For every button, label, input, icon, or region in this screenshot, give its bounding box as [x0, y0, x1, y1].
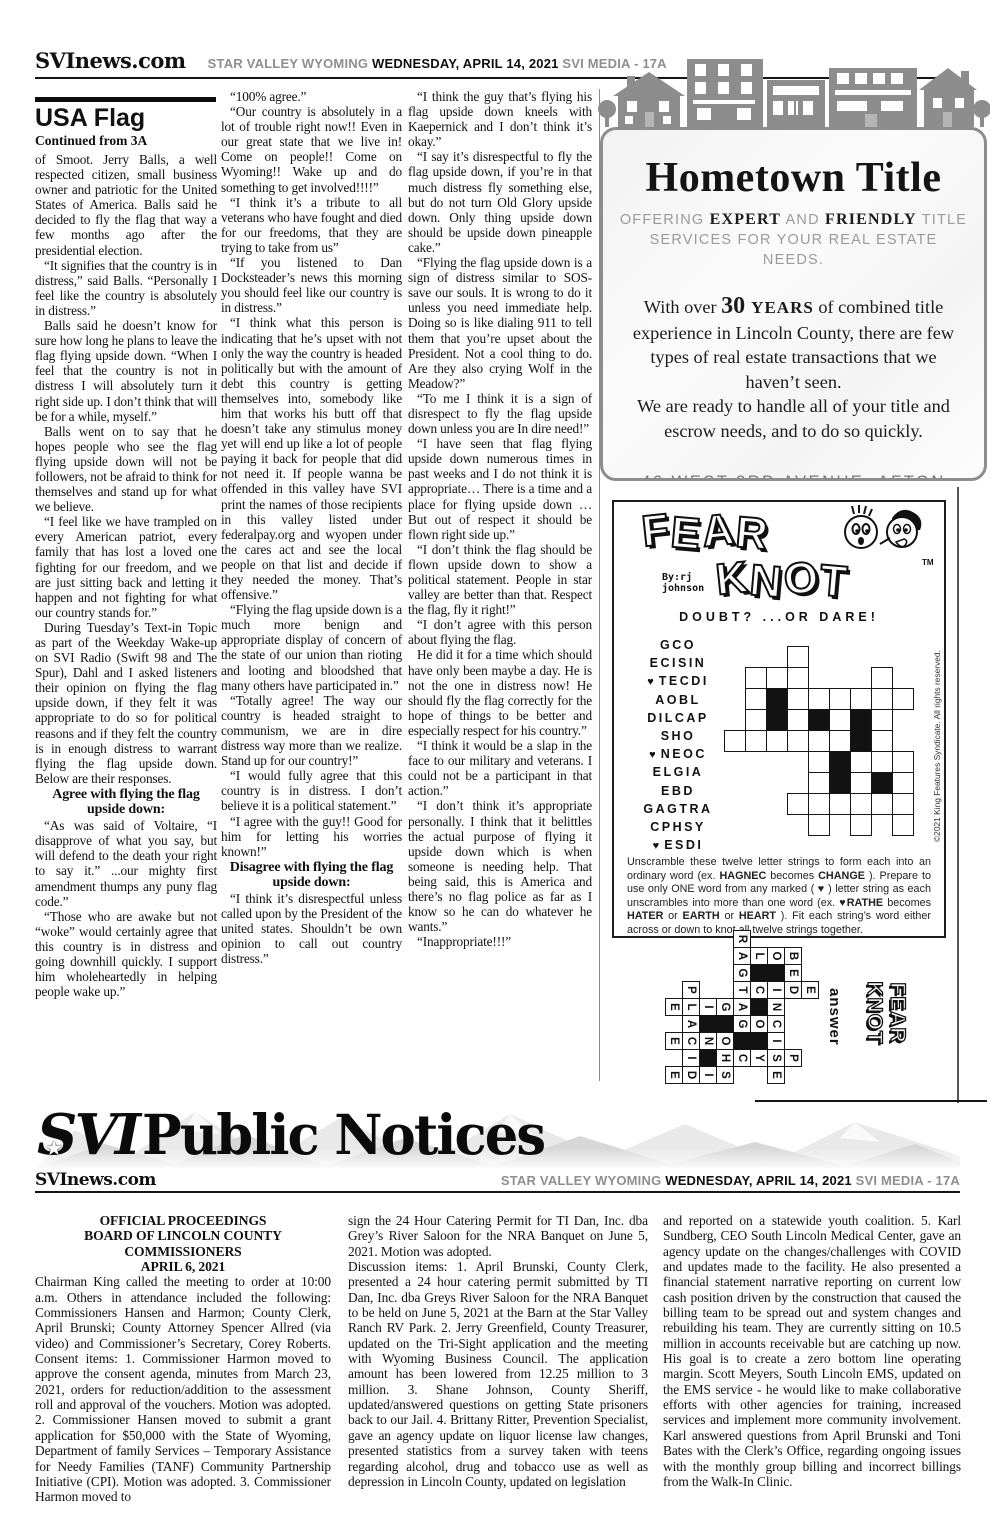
grid-cell [871, 730, 893, 752]
grid-cell: E [784, 964, 802, 982]
grid-cell [871, 751, 893, 773]
paragraph: Chairman King called the meeting to orde… [35, 1274, 331, 1504]
letter-string: ♥ ESDI [628, 838, 728, 856]
grid-cell [829, 688, 851, 710]
paragraph: and reported on a statewide youth coalit… [663, 1213, 961, 1489]
mini-fear-knot-logo: FEAR KNOT [852, 932, 910, 1094]
paragraph: of Smoot. Jerry Balls, a well respected … [35, 152, 217, 258]
section-subhead: APRIL 6, 2021 [35, 1259, 331, 1274]
paragraph: “As was said of Voltaire, “I disapprove … [35, 818, 217, 909]
grid-cell [745, 730, 767, 752]
letter-string: GCO [628, 638, 728, 656]
grid-cell: H [716, 1049, 734, 1067]
logo-letter: N [747, 556, 785, 609]
public-notices-masthead: SVI★ Public Notices [35, 1104, 960, 1168]
grid-cell [787, 709, 809, 731]
grid-cell: I [767, 1032, 785, 1050]
paragraph: Balls went on to say that he hopes peopl… [35, 424, 217, 515]
logo-letter: O [781, 552, 822, 606]
grid-cell [787, 646, 809, 668]
letter-string: AOBL [628, 693, 728, 711]
paragraph: “I think it would be a slap in the face … [408, 738, 592, 798]
article-column-3: “I think the guy that’s flying his flag … [408, 89, 592, 949]
grid-cell: C [682, 1032, 700, 1050]
notices-subheader: SVInews.com STAR VALLEY WYOMING WEDNESDA… [35, 1170, 960, 1190]
grid-cell [745, 688, 767, 710]
article-continued: Continued from 3A [35, 133, 147, 149]
letter-string: GAGTRA [628, 802, 728, 820]
cartoon-faces-icon [840, 504, 924, 569]
masthead-title: Public Notices [142, 1104, 544, 1167]
grid-cell: L [750, 947, 768, 965]
paragraph: “I think it’s disrespectful unless calle… [221, 891, 402, 966]
notices-rule [35, 1191, 960, 1193]
grid-cell-black [750, 998, 768, 1016]
grid-cell-black [850, 709, 872, 731]
mini-logo-fear: FEAR [886, 933, 909, 1093]
grid-cell: Y [750, 1049, 768, 1067]
puzzle-tagline: DOUBT? ...OR DARE! [614, 610, 944, 624]
paragraph: “I have seen that flag flying upside dow… [408, 436, 592, 542]
grid-cell: P [682, 981, 700, 999]
grid-cell [850, 814, 872, 836]
puzzle-copyright: ©2021 King Features Syndicate. All right… [932, 650, 942, 842]
puzzle-grid [724, 646, 914, 836]
grid-cell-black [750, 964, 768, 982]
grid-cell [787, 667, 809, 689]
puzzle-answer-grid: EBEDPOINCISELCOYRAGTAGCGOHSINIPLACIDEEE [663, 930, 819, 1086]
paragraph: Discussion items: 1. April Brunski, Coun… [348, 1259, 648, 1489]
ad-contact: 46 WEST 3RD AVENUE, AFTONWWW.HOMETOWNTIT… [603, 471, 984, 481]
grid-cell [892, 688, 914, 710]
grid-cell: I [699, 998, 717, 1016]
grid-cell [871, 667, 893, 689]
logo-letter: E [669, 508, 705, 561]
section-subhead: Disagree with flying the flag upside dow… [221, 860, 402, 890]
grid-cell: E [665, 1066, 683, 1084]
grid-cell-black [766, 688, 788, 710]
heart-icon: ♥ [653, 840, 665, 852]
newspaper-page: { "header": { "site": "SVInews.com", "da… [0, 0, 994, 1536]
grid-cell: P [784, 1049, 802, 1067]
puzzle-instructions: Unscramble these twelve letter strings t… [627, 856, 931, 938]
paragraph: “Inappropriate!!!” [408, 934, 592, 949]
puzzle-logo-fear: FEAR [642, 506, 770, 557]
letter-string: ♥ NEOC [628, 747, 728, 765]
paragraph: “100% agree.” [221, 89, 402, 104]
letter-string: CPHSY [628, 820, 728, 838]
paragraph: “It signifies that the country is in dis… [35, 258, 217, 318]
grid-cell-black [716, 1015, 734, 1033]
paragraph: “I feel like we have trampled on every A… [35, 514, 217, 620]
paragraph: “I would fully agree that this country i… [221, 768, 402, 813]
grid-cell: O [716, 1032, 734, 1050]
grid-cell: O [750, 1015, 768, 1033]
answer-bottom-rule [755, 1100, 987, 1102]
grid-cell: I [767, 981, 785, 999]
paragraph: “I don’t agree with this person about fl… [408, 617, 592, 647]
grid-cell: O [767, 947, 785, 965]
grid-cell [850, 751, 872, 773]
headline-bar [35, 97, 216, 102]
paragraph: During Tuesday’s Text-in Topic as part o… [35, 620, 217, 786]
grid-cell [808, 688, 830, 710]
star-icon: ★ [45, 1136, 60, 1160]
paragraph: “Flying the flag upside down is a much m… [221, 602, 402, 693]
hometown-title-ad: Hometown Title OFFERING EXPERT AND FRIEN… [600, 127, 987, 481]
right-column-rule [957, 487, 959, 1103]
grid-cell [892, 814, 914, 836]
paragraph: “I agree with the guy!! Good for him for… [221, 814, 402, 859]
article-title: USA Flag [35, 104, 145, 133]
grid-cell [766, 730, 788, 752]
grid-cell: S [716, 1066, 734, 1084]
letter-strings-list: GCOECISIN♥ TECDIAOBLDILCAPSHO♥ NEOCELGIA… [628, 638, 728, 856]
grid-cell: E [801, 981, 819, 999]
paragraph: “I think the guy that’s flying his flag … [408, 89, 592, 149]
notices-column-1: OFFICIAL PROCEEDINGSBOARD OF LINCOLN COU… [35, 1213, 331, 1505]
grid-cell-black [871, 772, 893, 794]
logo-letter: F [639, 505, 673, 558]
grid-cell: N [767, 998, 785, 1016]
grid-cell [892, 772, 914, 794]
grid-cell [892, 751, 914, 773]
grid-cell [892, 793, 914, 815]
puzzle-logo-knot: KNOT [716, 554, 849, 605]
grid-cell: N [699, 1032, 717, 1050]
paragraph: sign the 24 Hour Catering Permit for TI … [348, 1213, 648, 1259]
grid-cell-black [829, 772, 851, 794]
paragraph: “To me I think it is a sign of disrespec… [408, 391, 592, 436]
grid-cell: C [750, 981, 768, 999]
paragraph: He did it for a time which should have o… [408, 647, 592, 738]
grid-cell [787, 730, 809, 752]
grid-cell: D [682, 1066, 700, 1084]
grid-cell: A [733, 998, 751, 1016]
paragraph: “I say it’s disrespectful to fly the fla… [408, 149, 592, 255]
grid-cell: S [767, 1049, 785, 1067]
puzzle-byline: By:rj johnson [662, 572, 714, 594]
grid-cell: A [733, 947, 751, 965]
grid-cell-black [850, 730, 872, 752]
paragraph: “I don’t think it’s appropriate personal… [408, 798, 592, 934]
grid-cell [829, 793, 851, 815]
grid-cell: B [784, 947, 802, 965]
paragraph: “If you listened to Dan Docksteader’s ne… [221, 255, 402, 315]
grid-cell [766, 667, 788, 689]
logo-letter: A [700, 504, 739, 557]
notices-column-3: and reported on a statewide youth coalit… [663, 1213, 961, 1489]
grid-cell: E [767, 1066, 785, 1084]
grid-cell [808, 793, 830, 815]
grid-cell-black [699, 1049, 717, 1067]
grid-cell [871, 688, 893, 710]
grid-cell [787, 688, 809, 710]
puzzle-answer-grid-wrap: EBEDPOINCISELCOYRAGTAGCGOHSINIPLACIDEEE [663, 930, 819, 1086]
grid-cell-black [767, 964, 785, 982]
site-logo-bottom: SVInews.com [35, 1170, 156, 1190]
article-column-2: “100% agree.”“Our country is absolutely … [221, 89, 402, 966]
grid-cell [724, 730, 746, 752]
grid-cell [850, 793, 872, 815]
grid-cell [829, 730, 851, 752]
paragraph: “I think what this person is indicating … [221, 315, 402, 602]
masthead-svi-logo: SVI★ [37, 1104, 138, 1168]
grid-cell: A [682, 1015, 700, 1033]
grid-cell-black [766, 709, 788, 731]
grid-cell: D [784, 981, 802, 999]
grid-cell: L [682, 998, 700, 1016]
ad-buildings-graphic [597, 56, 990, 128]
section-subhead: Agree with flying the flag upside down: [35, 787, 217, 817]
grid-cell: I [699, 1066, 717, 1084]
heart-icon: ♥ [647, 676, 659, 688]
paragraph: “Those who are awake but not “woke” woul… [35, 909, 217, 1000]
grid-cell-black [733, 1032, 751, 1050]
contact-line: 46 WEST 3RD AVENUE, AFTON [603, 471, 984, 481]
paragraph: “Totally agree! The way our country is h… [221, 693, 402, 768]
paragraph: “Flying the flag upside down is a sign o… [408, 255, 592, 391]
fear-knot-puzzle: FEAR KNOT By:rj johnson TM DOUBT? ...OR … [612, 500, 946, 938]
grid-cell [745, 667, 767, 689]
grid-cell [745, 709, 767, 731]
paragraph: “I don’t think the flag should be flown … [408, 542, 592, 617]
letter-string: ECISIN [628, 656, 728, 674]
answer-label: answer [826, 988, 843, 1046]
grid-cell [787, 793, 809, 815]
grid-cell [808, 730, 830, 752]
grid-cell-black [750, 1032, 768, 1050]
ad-subtitle: OFFERING EXPERT AND FRIENDLY TITLE SERVI… [618, 210, 970, 270]
grid-cell [808, 772, 830, 794]
grid-cell [808, 751, 830, 773]
ad-title: Hometown Title [603, 154, 984, 202]
grid-cell: C [767, 1015, 785, 1033]
grid-cell [808, 814, 830, 836]
dateline-bottom: STAR VALLEY WYOMING WEDNESDAY, APRIL 14,… [501, 1173, 960, 1188]
letter-string: ELGIA [628, 765, 728, 783]
article-column-1: of Smoot. Jerry Balls, a well respected … [35, 152, 217, 999]
grid-cell-black [808, 709, 830, 731]
grid-cell: E [665, 1032, 683, 1050]
grid-cell-black [699, 1015, 717, 1033]
paragraph: “Our country is absolutely in a lot of t… [221, 104, 402, 195]
ad-body-1: With over 30 YEARS of combined title exp… [627, 294, 961, 394]
letter-string: DILCAP [628, 711, 728, 729]
grid-cell: G [716, 998, 734, 1016]
heart-icon: ♥ [649, 749, 661, 761]
ad-body-2: We are ready to handle all of your title… [627, 394, 961, 443]
section-subhead: BOARD OF LINCOLN COUNTY COMMISSIONERS [35, 1228, 331, 1259]
notices-column-2: sign the 24 Hour Catering Permit for TI … [348, 1213, 648, 1489]
trademark-label: TM [922, 558, 934, 567]
grid-cell: R [733, 930, 751, 948]
section-subhead: OFFICIAL PROCEEDINGS [35, 1213, 331, 1228]
letter-string: SHO [628, 729, 728, 747]
grid-cell [829, 709, 851, 731]
grid-cell: I [682, 1049, 700, 1067]
grid-cell [871, 709, 893, 731]
grid-cell [850, 772, 872, 794]
grid-cell: E [665, 998, 683, 1016]
grid-cell: T [733, 981, 751, 999]
grid-cell [850, 688, 872, 710]
site-logo: SVInews.com [35, 48, 186, 73]
letter-string: EBD [628, 784, 728, 802]
grid-cell: C [733, 1049, 751, 1067]
mini-logo-knot: KNOT [863, 933, 886, 1093]
grid-cell: G [733, 1015, 751, 1033]
paragraph: Balls said he doesn’t know for sure how … [35, 318, 217, 424]
grid-cell-black [829, 751, 851, 773]
letter-string: ♥ TECDI [628, 674, 728, 692]
grid-cell: G [733, 964, 751, 982]
logo-letter: K [713, 552, 752, 605]
grid-cell [871, 793, 893, 815]
paragraph: “I think it’s a tribute to all veterans … [221, 195, 402, 255]
